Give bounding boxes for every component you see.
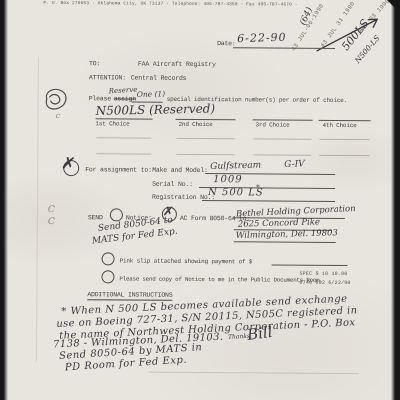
faint-bottom-line	[149, 372, 359, 374]
scanned-form-page: P. O. Box 270653 · Oklahoma City, OK 731…	[0, 0, 400, 400]
to-value: FAA Aircraft Registry	[138, 61, 216, 69]
scan-edge-left	[0, 0, 8, 400]
additional-instructions-title: ADDITIONAL INSTRUCTIONS	[87, 291, 172, 301]
serial-label: Serial No.:	[152, 181, 193, 188]
margin-mark-small-c: c	[56, 111, 61, 120]
registration-underline	[202, 200, 335, 202]
first-choice-value: N500LS (Reserved)	[96, 102, 216, 118]
choice-label-4: 4th Choice	[322, 122, 356, 129]
serial-value: 1009	[213, 174, 243, 185]
signature: Bill	[246, 323, 274, 344]
margin-mark-c1: C	[48, 205, 55, 215]
choice-blank-r3c3	[253, 154, 311, 155]
make-value: Gulfstream	[210, 161, 261, 172]
public-room-checkbox	[101, 270, 114, 283]
pink-slip-checkbox	[102, 252, 115, 265]
choice-blank-r2c4	[319, 139, 369, 140]
public-room-label: Please send copy of Notice to me in the …	[119, 275, 322, 283]
request-prefix: Please	[89, 95, 111, 102]
scan-corner-top-right	[387, 0, 400, 13]
fee-stamp-line1: SPEC $ 10 10.00	[299, 271, 347, 277]
assignment-label: For assignment to:	[85, 166, 152, 173]
date-value: 6-22-90	[237, 31, 287, 45]
model-value: G-IV	[284, 159, 305, 170]
send-label: SEND	[88, 214, 103, 221]
send-recipient-city-underline	[234, 241, 336, 243]
date-label: Date:	[217, 40, 236, 47]
request-quantity: One (1)	[137, 89, 166, 99]
margin-mark-c2: C	[48, 217, 55, 227]
choice-blank-r3c4	[319, 155, 369, 156]
choice-label-1: 1st Choice	[96, 120, 130, 127]
scan-edge-right	[391, 0, 400, 400]
assignment-checkbox-x-icon: ✗	[60, 155, 77, 174]
choice-blank-r3c1	[96, 153, 151, 154]
choice-label-3: 3rd Choice	[256, 121, 290, 128]
pink-slip-amount-underline	[272, 265, 348, 267]
attention-label: ATTENTION:	[89, 74, 126, 81]
to-label: TO:	[89, 60, 100, 67]
make-model-label: Make and Model:	[152, 167, 208, 174]
attention-value: Central Records	[131, 75, 187, 82]
date-underline	[233, 47, 335, 49]
paper-fold-line	[36, 57, 39, 362]
notice-checkbox	[110, 208, 123, 221]
send-recipient-city: Wilmington, Del. 19803	[236, 228, 338, 241]
registration-footnote-mark: *	[256, 183, 260, 191]
request-correction: Reserve	[109, 86, 138, 96]
choice-blank-r2c1	[96, 137, 151, 138]
send-recipient-street: 2625 Concord Pike	[238, 217, 320, 229]
pink-slip-label: Pink slip attached showing payment of $	[120, 257, 253, 265]
choice-blank-r2c3	[253, 138, 311, 139]
letterhead-address: P. O. Box 270653 · Oklahoma City, OK 731…	[43, 1, 297, 8]
choice-blank-r2c2	[176, 138, 234, 139]
choice-blank-r3c2	[176, 154, 234, 155]
choice-label-2: 2nd Choice	[179, 121, 213, 128]
handwritten-arrow	[313, 13, 385, 56]
margin-circled-scribble	[39, 85, 71, 113]
fee-stamp-line2: 0740 002 6/22/90	[299, 280, 350, 286]
